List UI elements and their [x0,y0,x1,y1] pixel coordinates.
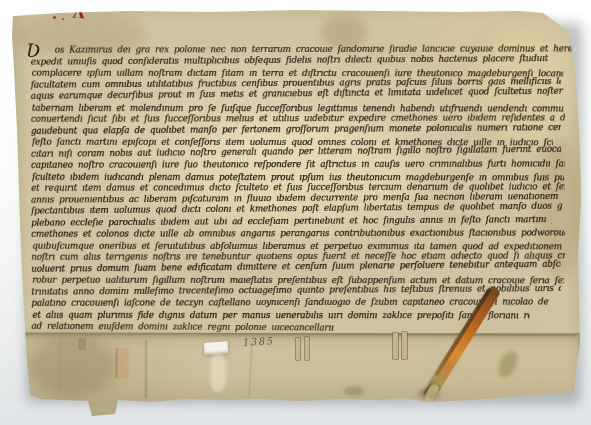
date-inscription: 1385 [243,336,275,349]
script-line: ad relatıonem eıuſdem dominı zaklıce reg… [31,322,335,335]
red-rubric-mark: Λ [72,4,85,23]
red-dot [62,18,64,20]
script-line: cmethones et colonos dıcte uılle ab omnı… [31,228,565,241]
seal-slit [402,332,407,359]
repair-patch [117,348,129,378]
parchment: Λ Ʋ os Kazımırus deı gra rex polonıe nec… [0,0,591,425]
red-dot [53,16,56,19]
seal-slit [296,338,300,360]
seal-slit [305,337,309,360]
photo-backdrop: Λ Ʋ os Kazımırus deı gra rex polonıe nec… [0,0,591,425]
green-smudge [344,386,364,396]
seal-slit [393,333,398,359]
stain [322,16,367,48]
script-line: capıtaneo noſtro cracouıenſı iure ſuo th… [31,159,565,172]
script-line: et alııs quam plurımıs fide dıgnıs datum… [32,310,529,322]
seal-slit [78,338,86,350]
stain [28,336,118,396]
fold-crease [145,340,147,398]
pale-streak [210,354,226,392]
